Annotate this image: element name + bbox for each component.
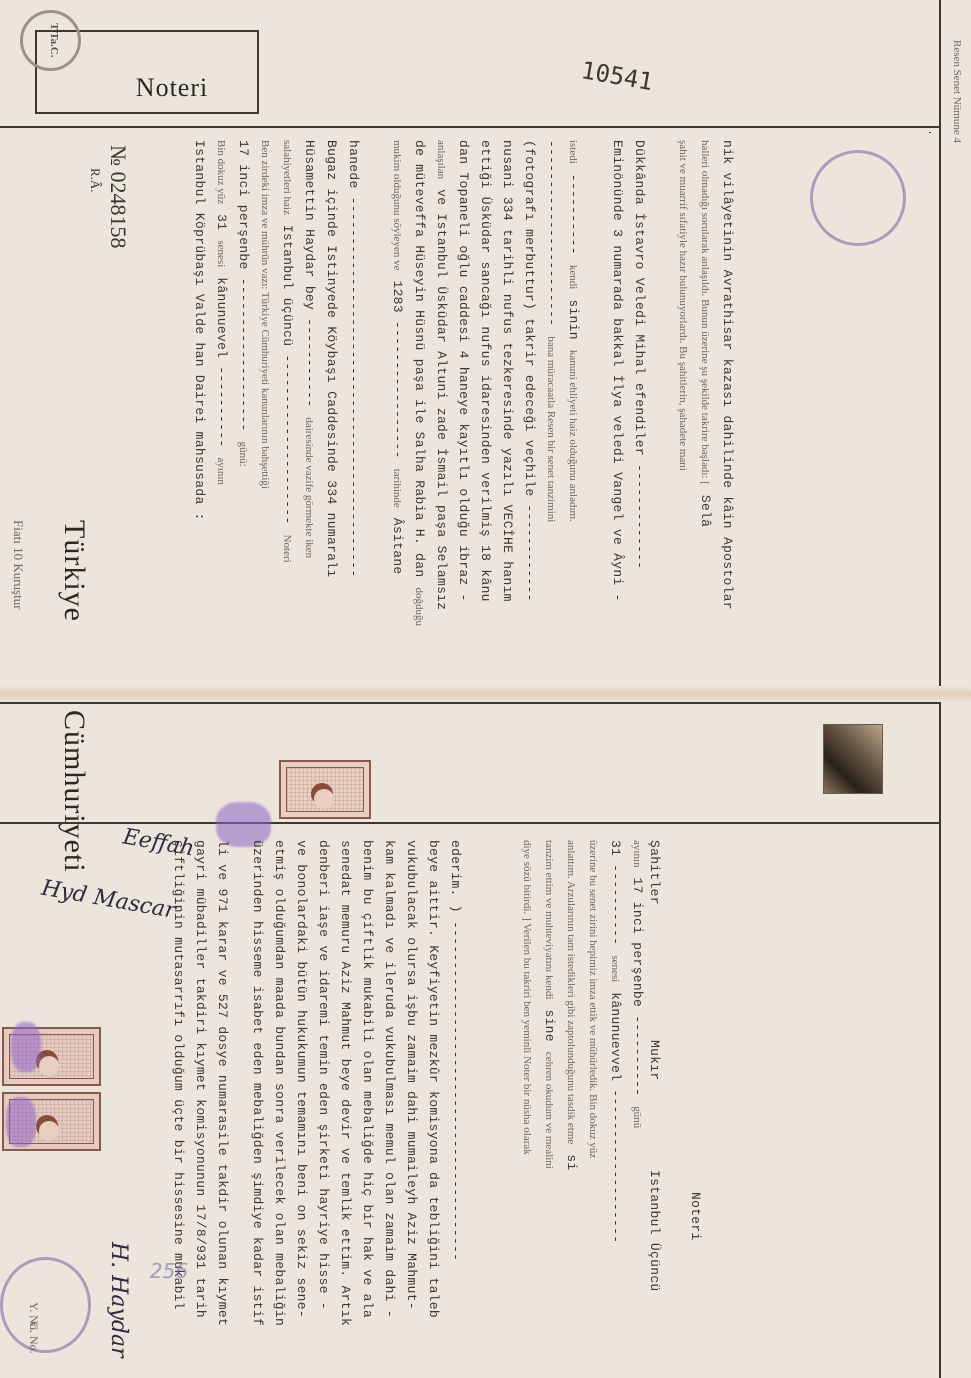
typed-text: 31 ---------- xyxy=(608,840,623,945)
printed-form-text: üzerine bu senet zirini hepimiz imza ett… xyxy=(587,840,599,1158)
typed-text: (fotografı merbuttur) takrir edeceği veç… xyxy=(522,140,537,602)
typed-text: hanede ---------------------------------… xyxy=(346,140,361,577)
notary-label-line1: Istanbul Üçüncü xyxy=(647,1170,662,1292)
typed-text: Âsitane xyxy=(390,518,405,575)
printed-form-text: diye sözü bitirdi. ] Verilen bu takriri … xyxy=(521,840,533,1155)
printed-form-text: cehren okudum ve mealini xyxy=(543,1052,555,1169)
text-line: çiftliğinin mutasarrıfı olduğum üçte bir… xyxy=(171,840,186,1310)
printed-form-text: dairesinde vazife görmekte iken xyxy=(303,417,315,558)
text-line xyxy=(653,140,671,150)
text-line: şahit ve muarrif sıfatiyle hazır bulunuy… xyxy=(675,140,693,481)
printed-form-text: günü: xyxy=(237,442,249,467)
serial-prefix: № xyxy=(106,145,131,166)
text-line: nik vilâyetinin Avrathisar kazası dahili… xyxy=(719,140,737,620)
left-margin-rule xyxy=(0,126,941,128)
notary-box-label: Noteri xyxy=(136,73,208,103)
price-label: Fiatı 10 Kuruştur xyxy=(10,520,26,610)
applicant-photo xyxy=(823,724,883,794)
text-line: (fotografı merbuttur) takrir edeceği veç… xyxy=(521,140,539,612)
text-line: Hüsamettin Haydar bey -----------dairesi… xyxy=(301,140,319,568)
text-line: Bugaz içinde Istinyede Köybaşı Caddesind… xyxy=(323,140,341,587)
text-line: -----------------------bana müracaatla R… xyxy=(543,140,561,532)
text-line: Bin dokuz yüz31senesikânunuevel --------… xyxy=(213,140,231,495)
text-line: beye aittir. Keyfiyetin mezkûr komisyona… xyxy=(426,840,441,1318)
text-line: li ve 971 karar ve 527 dosye numarasile … xyxy=(215,840,230,1326)
text-line: ayının17 inci perşenbe ----------günü xyxy=(629,840,647,1138)
typed-text: sine xyxy=(542,1009,557,1041)
typed-text: Hüsamettin Haydar bey ----------- xyxy=(302,140,317,407)
text-line: nusani 334 tarihli nufus tezkeresinde ya… xyxy=(499,140,517,612)
text-line: mukim olduğunu söyleyen ve1283 ---------… xyxy=(389,140,407,585)
text-line: vukubulacak olursa işbu zamaim dahi muma… xyxy=(404,840,419,1310)
notary-seal xyxy=(0,1257,91,1353)
printed-form-text: anlaşılan xyxy=(435,140,447,179)
text-line: senedat memuru Aziz Mahmut beye devir ve… xyxy=(338,840,353,1326)
right-page-text: çiftliğinin mutasarrıfı olduğum üçte bir… xyxy=(151,832,931,1372)
printed-form-text: günü xyxy=(631,1106,643,1128)
typed-text: ve Istanbul Üsküdar Altuni zade İsmail p… xyxy=(434,189,449,610)
series-code: R.Â. xyxy=(87,168,103,193)
typed-text: Selâ xyxy=(698,495,713,527)
typed-text: kânunuevel ---------- xyxy=(214,277,229,447)
printed-form-text: kendi xyxy=(567,265,579,289)
printed-form-text: Ben zirdeki imza ve mührün vazı: Türkiye… xyxy=(259,140,271,489)
typed-text: Dükkânda İstavro Veledi Mihal efendiler … xyxy=(632,140,647,569)
printed-form-text: senesi xyxy=(609,955,621,982)
text-line: 31 ----------senesikânunuevvel ---------… xyxy=(607,840,625,1253)
text-line: ettiği Üsküdar sancağı nufus idaresinden… xyxy=(477,140,495,612)
typed-text: ---------- xyxy=(566,174,581,255)
printed-form-text: Bin dokuz yüz xyxy=(215,140,227,204)
embossed-seal: T.Ta.C. xyxy=(20,10,81,71)
printed-form-text: tanzim ettim ve muhteviyatını kendi xyxy=(543,840,555,999)
printed-form-text: ayının xyxy=(631,840,643,868)
text-line: dan Topaneli oğlu caddesi 4 haneye kayıt… xyxy=(455,140,473,612)
typed-text: Istanbul Köprübaşı Valde han Dairei mahs… xyxy=(192,140,207,521)
text-line: kam kalmadı ve ileruda vukubulması memul… xyxy=(382,840,397,1318)
notary-label-line2: Noteri xyxy=(688,1192,703,1241)
text-line: benim bu çiftlik mukabili olan mebaliğde… xyxy=(360,840,375,1318)
text-line: ve bonolardaki bütün hukukumun temamını … xyxy=(294,840,309,1318)
form-name: Resen Senet Nümune 4 xyxy=(951,40,963,143)
printed-form-text: Noteri xyxy=(281,535,293,563)
text-line xyxy=(367,140,385,150)
serial-value: 0248158 xyxy=(106,172,131,249)
text-line: Istanbul Köprübaşı Valde han Dairei mahs… xyxy=(191,140,209,531)
text-line: Dükkânda İstavro Veledi Mihal efendiler … xyxy=(631,140,649,579)
revenue-stamp-large xyxy=(279,760,371,819)
printed-form-text: mukim olduğunu söyleyen ve xyxy=(391,140,403,270)
text-line: hanede ---------------------------------… xyxy=(345,140,363,587)
text-line: halleri olmadığı sorularak anlaşıldı. Bu… xyxy=(697,140,715,537)
notary-signature: H. Haydar xyxy=(106,1242,131,1358)
text-line: denberi iaşe ve idaremi temin eden şirke… xyxy=(316,840,331,1310)
serial-number: № 0248158 xyxy=(105,145,131,249)
typed-text: 17 inci perşenbe ---------- xyxy=(630,878,645,1097)
violet-cancel-stamp-2 xyxy=(11,1022,41,1072)
typed-text: ettiği Üsküdar sancağı nufus idaresinden… xyxy=(478,140,493,602)
text-line xyxy=(587,140,605,150)
text-line: etmiş olduğumdan maada bundan sonra veri… xyxy=(272,840,287,1326)
printed-form-text: ayının xyxy=(215,457,227,485)
typed-text: kânunuevvel ------------------- xyxy=(608,992,623,1243)
title-turkiye: Türkiye xyxy=(57,520,91,622)
text-line: de müteveffa Hüseyin Hüsnü paşa ile Salh… xyxy=(411,140,429,636)
text-line: tanzim ettim ve muhteviyatını kendisinec… xyxy=(541,840,559,1179)
text-line: üzerinden hisseme isabet eden mebaliğden… xyxy=(250,840,265,1326)
printed-form-text: tarihinde xyxy=(391,469,403,508)
typed-text: 1283 ----------------- xyxy=(390,280,405,458)
typed-text: Istanbul üçüncü --------------------- xyxy=(280,225,295,525)
typed-text: nik vilâyetinin Avrathisar kazası dahili… xyxy=(720,140,735,610)
handwritten-number: 10541 xyxy=(579,56,655,96)
typed-text: 31 xyxy=(214,214,229,230)
typed-text: Eminönünde 3 numarada bakkal İlya veledi… xyxy=(610,140,625,602)
printed-form-text: halleri olmadığı sorularak anlaşıldı. Bu… xyxy=(699,140,711,485)
left-page: Resen Senet Nümune 4 10541 Noteri № 0248… xyxy=(0,0,971,686)
typed-text: Bugaz içinde Istinyede Köybaşı Caddesind… xyxy=(324,140,339,577)
pencil-mark: 256 xyxy=(150,1259,188,1283)
text-line: anlattım. Arzularının tam istedikleri gi… xyxy=(563,840,581,1180)
printed-form-text: doğduğu xyxy=(413,587,425,626)
typed-text: ----------------------- xyxy=(544,140,559,326)
typed-text: de müteveffa Hüseyin Hüsnü paşa ile Salh… xyxy=(412,140,427,577)
text-line: ederim. ) ------------------------------… xyxy=(448,840,463,1261)
typed-text: dan Topaneli oğlu caddesi 4 haneye kayıt… xyxy=(456,140,471,602)
printed-form-text: senesi xyxy=(215,240,227,267)
typed-text: si xyxy=(564,1154,579,1170)
printed-form-text: kanuni ehliyeti haiz olduğunu anladım. xyxy=(567,350,579,522)
typed-text: nusani 334 tarihli nufus tezkeresinde ya… xyxy=(500,140,515,602)
text-line: üzerine bu senet zirini hepimiz imza ett… xyxy=(585,840,603,1168)
printed-form-text: bana müracaatla Resen bir senet tanzimin… xyxy=(545,336,557,522)
printed-form-text: anlattım. Arzularının tam istedikleri gi… xyxy=(565,840,577,1144)
text-line: salahiyetleri haizIstanbul üçüncü ------… xyxy=(279,140,297,573)
typed-text: sinin xyxy=(566,299,581,340)
text-line: Ben zirdeki imza ve mührün vazı: Türkiye… xyxy=(257,140,275,499)
text-line: diye sözü bitirdi. ] Verilen bu takriri … xyxy=(519,840,537,1165)
page-fold xyxy=(0,686,971,702)
text-line: gayri mübadiller takdiri kıymet komisyon… xyxy=(193,840,208,1318)
notarial-document-sheet: Resen Senet Nümune 4 10541 Noteri № 0248… xyxy=(0,0,971,1378)
c-no-label: C. No. xyxy=(26,1322,41,1354)
text-line: Eminönünde 3 numarada bakkal İlya veledi… xyxy=(609,140,627,612)
declarant-label: Mukır xyxy=(647,1040,662,1081)
typed-text: 17 inci perşenbe ------------------- xyxy=(236,140,251,432)
notary-stamp-round xyxy=(810,150,906,246)
title-cumhuriyeti: Cümhuriyeti xyxy=(57,710,91,873)
text-line: istedi----------kendisininkanuni ehliyet… xyxy=(565,140,583,532)
witnesses-label: Şahitler xyxy=(647,840,662,905)
printed-form-text: salahiyetleri haiz xyxy=(281,140,293,215)
violet-cancel-stamp-3 xyxy=(6,1097,36,1147)
printed-form-text: istedi xyxy=(567,140,579,164)
right-page: Eeffah Hyd Mascar H. Haydar çiftliğinin … xyxy=(0,702,971,1378)
text-line: 17 inci perşenbe -------------------günü… xyxy=(235,140,253,477)
printed-form-text: şahit ve muarrif sıfatiyle hazır bulunuy… xyxy=(677,140,689,471)
text-line: anlaşılanve Istanbul Üsküdar Altuni zade… xyxy=(433,140,451,620)
